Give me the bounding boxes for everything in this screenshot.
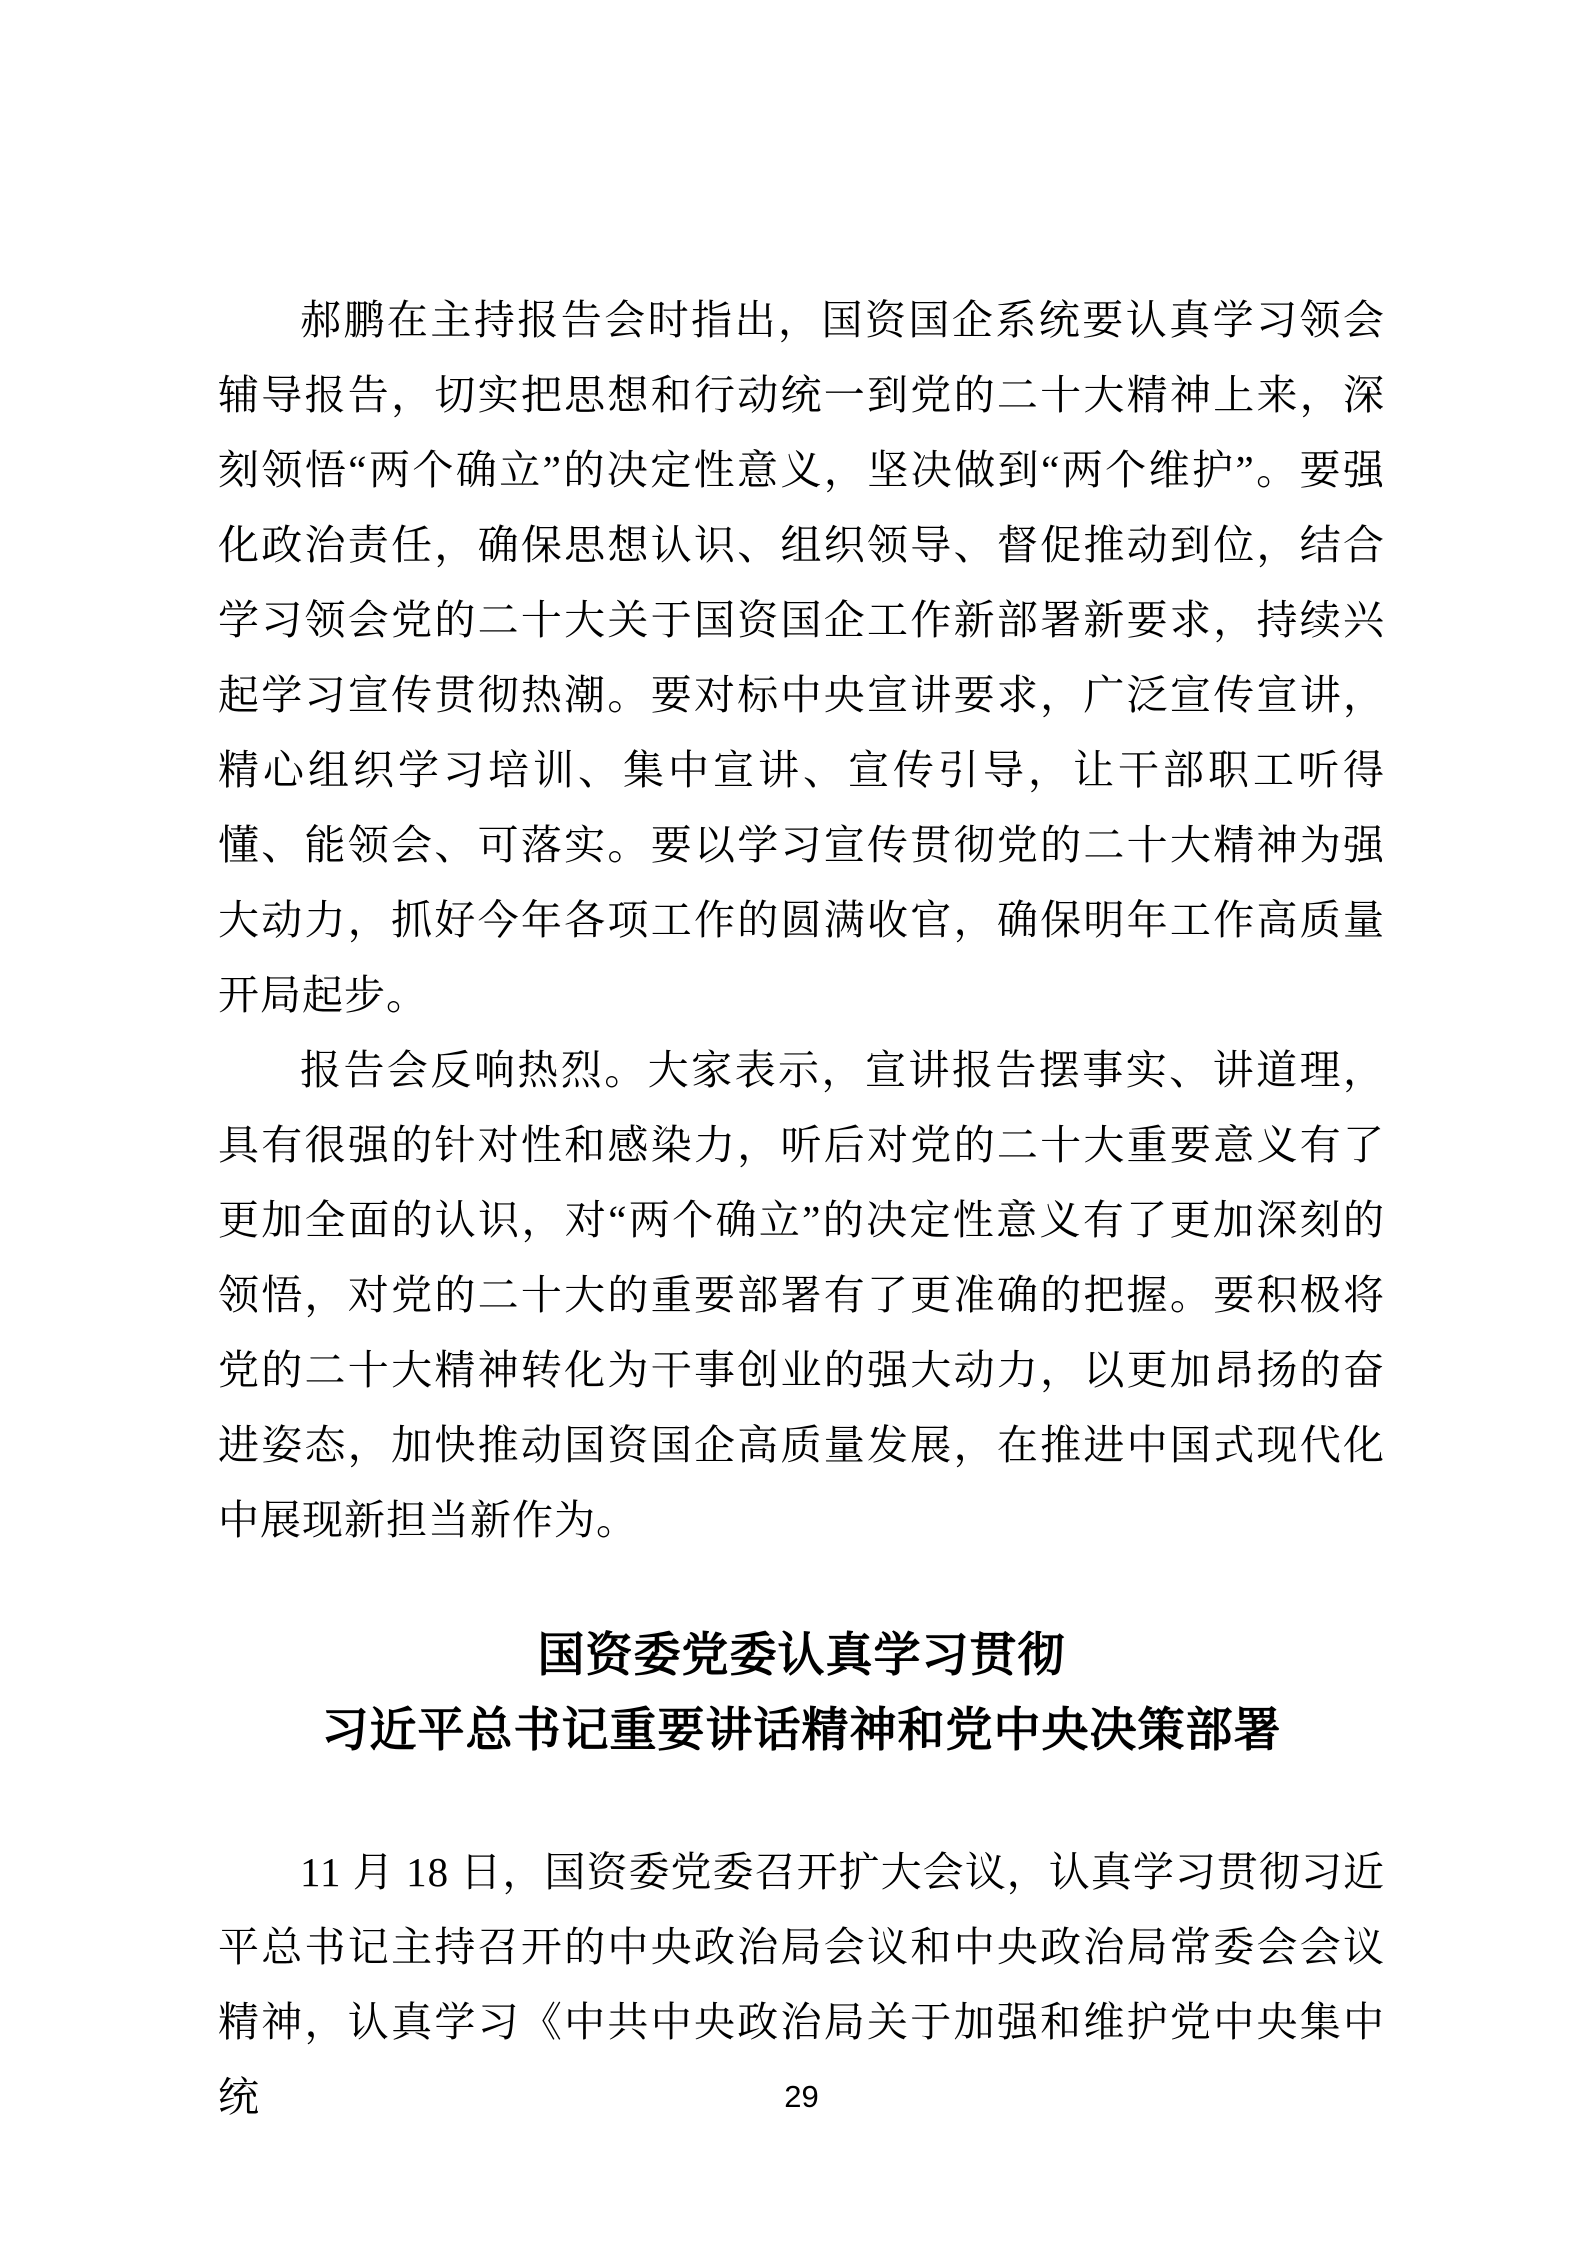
paragraph-audience-response: 报告会反响热烈。大家表示，宣讲报告摆事实、讲道理，具有很强的针对性和感染力，听后… (218, 1033, 1385, 1558)
section-heading-line-2: 习近平总书记重要讲话精神和党中央决策部署 (218, 1694, 1385, 1769)
document-page: 郝鹏在主持报告会时指出，国资国企系统要认真学习领会辅导报告，切实把思想和行动统一… (0, 0, 1587, 2245)
section-heading-line-1: 国资委党委认真学习贯彻 (218, 1619, 1385, 1694)
paragraph-haopeng-remarks: 郝鹏在主持报告会时指出，国资国企系统要认真学习领会辅导报告，切实把思想和行动统一… (218, 283, 1385, 1033)
page-content: 郝鹏在主持报告会时指出，国资国企系统要认真学习领会辅导报告，切实把思想和行动统一… (218, 283, 1385, 2135)
section-heading: 国资委党委认真学习贯彻 习近平总书记重要讲话精神和党中央决策部署 (218, 1619, 1385, 1769)
page-number: 29 (218, 2080, 1385, 2114)
